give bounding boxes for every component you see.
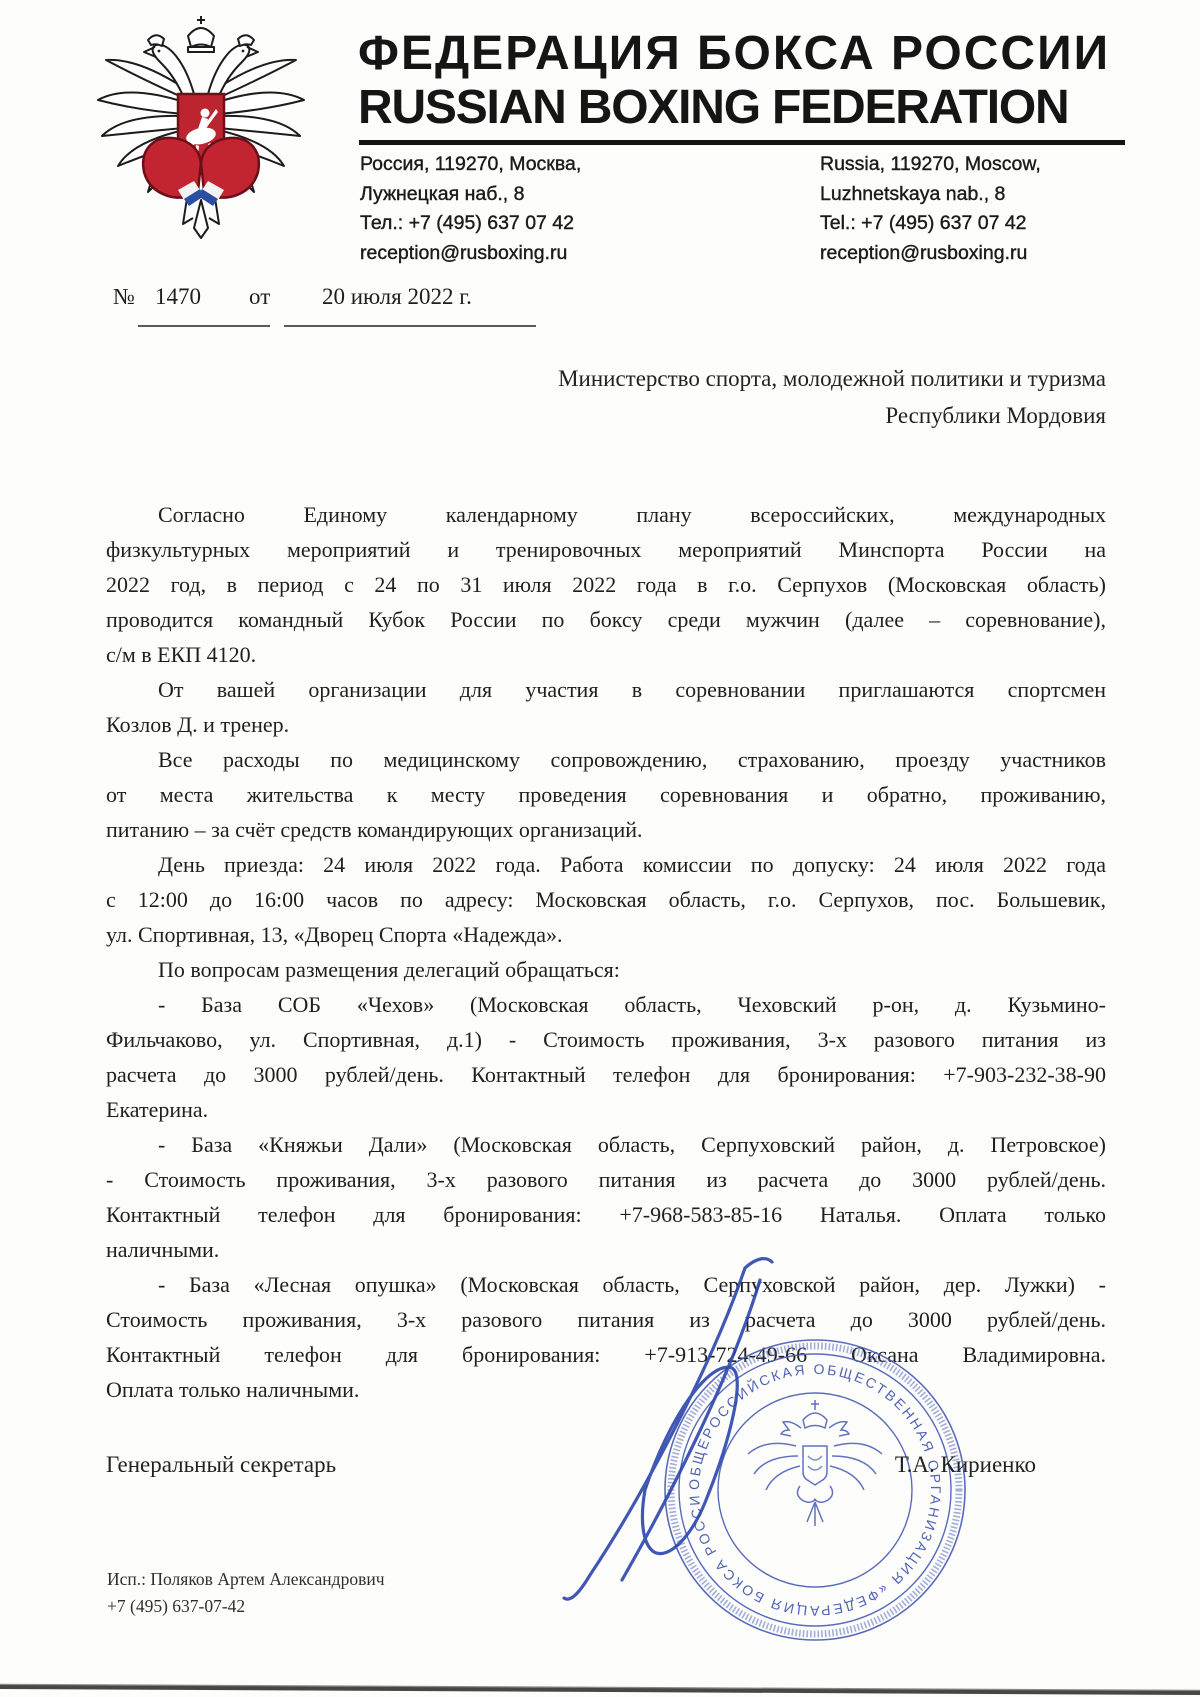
body-line: Контактный телефон для бронирования: +7-…	[106, 1197, 1106, 1232]
letter-page: ФЕДЕРАЦИЯ БОКСА РОССИИ RUSSIAN BOXING FE…	[0, 0, 1200, 1697]
handwritten-signature	[564, 1259, 772, 1599]
ref-number-sign: №	[113, 284, 135, 310]
header-divider	[359, 140, 1125, 145]
ref-date-underline	[284, 325, 536, 327]
executor-block: Исп.: Поляков Артем Александрович +7 (49…	[107, 1566, 385, 1620]
body-line: от места жительства к месту проведения с…	[106, 777, 1106, 812]
round-stamp: ОБЩЕРОССИЙСКАЯ ОБЩЕСТВЕННАЯ ОРГАНИЗАЦИЯ …	[560, 1250, 965, 1640]
contact-line: Russia, 119270, Moscow,	[820, 150, 1041, 180]
signoff-position: Генеральный секретарь	[106, 1452, 336, 1478]
ref-date: 20 июля 2022 г.	[322, 284, 472, 310]
body-line: Согласно Единому календарному плану всер…	[106, 497, 1106, 532]
paragraph: Согласно Единому календарному плану всер…	[106, 497, 1106, 672]
body-line: проводится командный Кубок России по бок…	[106, 602, 1106, 637]
ref-number: 1470	[155, 284, 201, 310]
paragraph: Все расходы по медицинскому сопровождени…	[106, 742, 1106, 847]
body-line: Козлов Д. и тренер.	[106, 707, 1106, 742]
body-line: По вопросам размещения делегаций обращат…	[106, 952, 1106, 987]
contact-block-english: Russia, 119270, Moscow, Luzhnetskaya nab…	[820, 150, 1041, 268]
addressee-line: Республики Мордовия	[558, 397, 1106, 434]
contact-line: Россия, 119270, Москва,	[360, 150, 581, 180]
paragraph: От вашей организации для участия в сорев…	[106, 672, 1106, 742]
ref-number-underline	[138, 325, 270, 327]
stamp-and-signature-area: ОБЩЕРОССИЙСКАЯ ОБЩЕСТВЕННАЯ ОРГАНИЗАЦИЯ …	[560, 1250, 1000, 1650]
paragraph: - База «Княжьи Дали» (Московская область…	[106, 1127, 1106, 1267]
paragraph: По вопросам размещения делегаций обращат…	[106, 952, 1106, 987]
body-line: 2022 год, в период с 24 по 31 июля 2022 …	[106, 567, 1106, 602]
paragraph: - База СОБ «Чехов» (Московская область, …	[106, 987, 1106, 1127]
body-line: расчета до 3000 рублей/день. Контактный …	[106, 1057, 1106, 1092]
crown-icon	[188, 16, 214, 52]
signoff-name: Т.А. Кириенко	[895, 1452, 1036, 1478]
body-line: День приезда: 24 июля 2022 года. Работа …	[106, 847, 1106, 882]
federation-emblem	[92, 14, 310, 246]
body-line: - База СОБ «Чехов» (Московская область, …	[106, 987, 1106, 1022]
body-line: физкультурных мероприятий и тренировочны…	[106, 532, 1106, 567]
contact-email: reception@rusboxing.ru	[820, 239, 1041, 269]
addressee-block: Министерство спорта, молодежной политики…	[558, 360, 1106, 434]
body-line: Фильчаково, ул. Спортивная, д.1) - Стоим…	[106, 1022, 1106, 1057]
body-line: - База «Княжьи Дали» (Московская область…	[106, 1127, 1106, 1162]
contact-line: Лужнецкая наб., 8	[360, 180, 581, 210]
paragraph: День приезда: 24 июля 2022 года. Работа …	[106, 847, 1106, 952]
body-line: Все расходы по медицинскому сопровождени…	[106, 742, 1106, 777]
scan-page-edge	[0, 1680, 1200, 1697]
contact-line: Luzhnetskaya nab., 8	[820, 180, 1041, 210]
body-line: с/м в ЕКП 4120.	[106, 637, 1106, 672]
contact-line: Tel.: +7 (495) 637 07 42	[820, 209, 1041, 239]
executor-name: Исп.: Поляков Артем Александрович	[107, 1566, 385, 1593]
ref-preposition: от	[249, 284, 270, 310]
body-line: с 12:00 до 16:00 часов по адресу: Москов…	[106, 882, 1106, 917]
executor-phone: +7 (495) 637-07-42	[107, 1593, 385, 1620]
contact-block-russian: Россия, 119270, Москва, Лужнецкая наб., …	[360, 150, 581, 268]
org-title-russian: ФЕДЕРАЦИЯ БОКСА РОССИИ	[358, 26, 1130, 81]
body-line: ул. Спортивная, 13, «Дворец Спорта «Наде…	[106, 917, 1106, 952]
addressee-line: Министерство спорта, молодежной политики…	[558, 360, 1106, 397]
signoff-row: Генеральный секретарь Т.А. Кириенко	[106, 1452, 1036, 1478]
body-line: Екатерина.	[106, 1092, 1106, 1127]
body-line: питанию – за счёт средств командирующих …	[106, 812, 1106, 847]
body-line: От вашей организации для участия в сорев…	[106, 672, 1106, 707]
org-title-english: RUSSIAN BOXING FEDERATION	[358, 80, 1130, 135]
contact-email: reception@rusboxing.ru	[360, 239, 581, 269]
contact-line: Тел.: +7 (495) 637 07 42	[360, 209, 581, 239]
body-line: - Стоимость проживания, 3-х разового пит…	[106, 1162, 1106, 1197]
